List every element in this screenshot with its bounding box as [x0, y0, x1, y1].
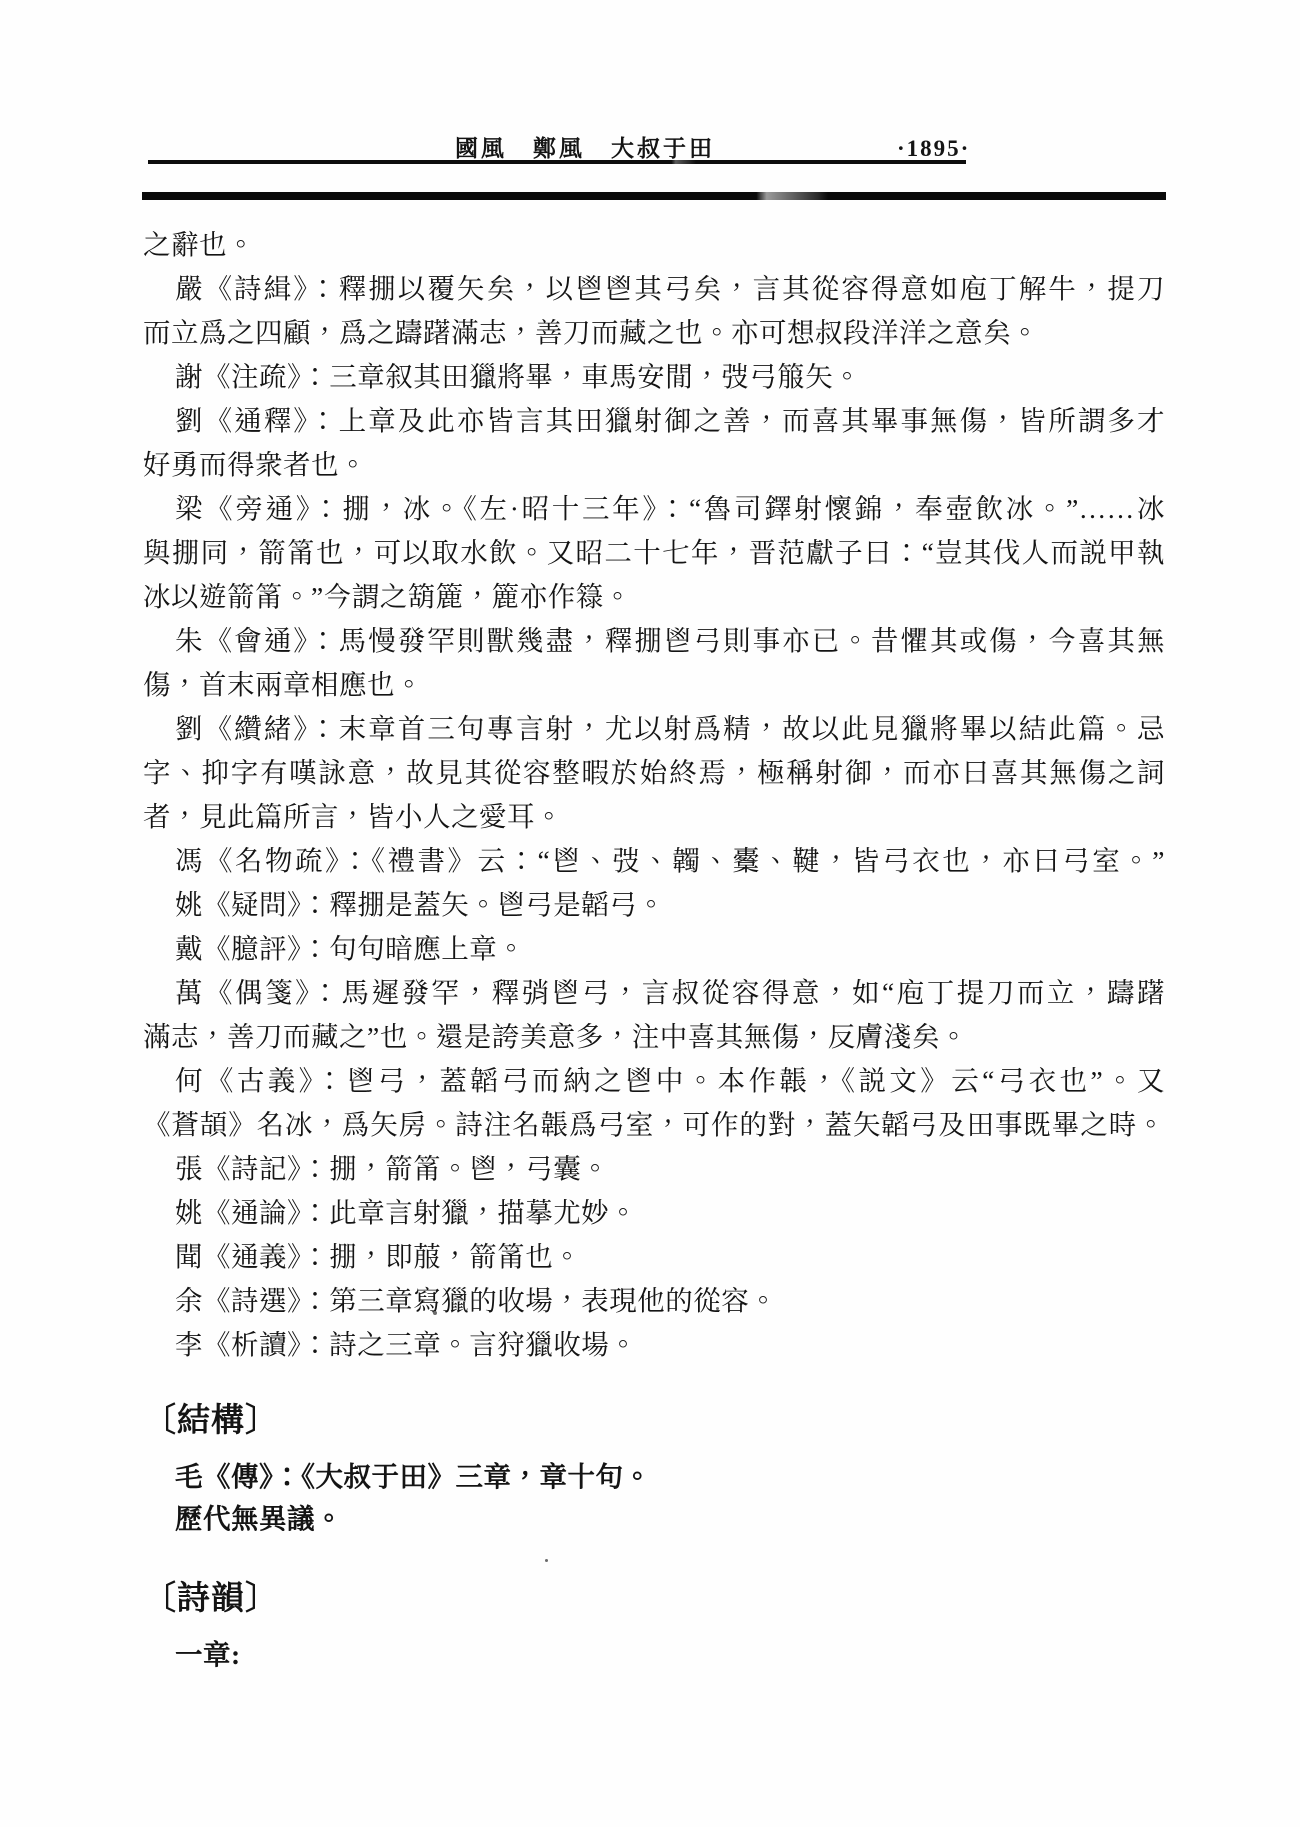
scan-artifact-dot: [545, 1559, 548, 1562]
text-line: 之辭也。: [143, 223, 1165, 267]
text-line: 滿志，善刀而藏之”也。還是誇美意多，注中喜其無傷，反膚淺矣。: [143, 1015, 1165, 1059]
commentary-text-block: 之辭也。嚴《詩緝》：釋掤以覆矢矣，以鬯鬯其弓矣，言其從容得意如庖丁解牛，提刀而立…: [143, 223, 1165, 1367]
text-line: 冰以遊箭筩。”今謂之箶簏，簏亦作簶。: [143, 575, 1165, 619]
text-line: 朱《會通》：馬慢發罕則獸幾盡，釋掤鬯弓則事亦已。昔懼其或傷，今喜其無: [143, 619, 1165, 663]
text-line: 劉《通釋》：上章及此亦皆言其田獵射御之善，而喜其畢事無傷，皆所謂多才: [143, 399, 1165, 443]
section-heading-structure: 〔結構〕: [143, 1398, 1165, 1444]
text-line: 張《詩記》：掤，箭筩。鬯，弓囊。: [143, 1147, 1165, 1191]
text-line: 聞《通義》：掤，即菔，箭筩也。: [143, 1235, 1165, 1279]
scan-artifact-dot: [433, 1311, 437, 1315]
section-rhyme-lines: 一章:: [143, 1634, 1165, 1676]
text-line: 好勇而得衆者也。: [143, 443, 1165, 487]
section-rhyme: 〔詩韻〕 一章:: [143, 1576, 1165, 1676]
text-line: 者，見此篇所言，皆小人之愛耳。: [143, 795, 1165, 839]
text-line: 而立爲之四顧，爲之躊躇滿志，善刀而藏之也。亦可想叔段洋洋之意矣。: [143, 311, 1165, 355]
text-line: 字、抑字有嘆詠意，故見其從容整暇於始終焉，極稱射御，而亦曰喜其無傷之詞: [143, 751, 1165, 795]
scanned-book-page: 國風 鄭風 大叔于田 ·1895· 之辭也。嚴《詩緝》：釋掤以覆矢矣，以鬯鬯其弓…: [0, 0, 1300, 1827]
text-line: 謝《注疏》：三章叙其田獵將畢，車馬安閒，弢弓箙矢。: [143, 355, 1165, 399]
text-line: 李《析讀》：詩之三章。言狩獵收場。: [143, 1323, 1165, 1367]
text-line: 戴《臆評》：句句暗應上章。: [143, 927, 1165, 971]
text-line: 劉《纘緒》：末章首三句專言射，尤以射爲精，故以此見獵將畢以結此篇。忌: [143, 707, 1165, 751]
text-line: 馮《名物疏》：《禮書》云：“鬯、弢、韣、櫜、鞬，皆弓衣也，亦曰弓室。”: [143, 839, 1165, 883]
text-line: 傷，首末兩章相應也。: [143, 663, 1165, 707]
text-line: 歷代無異議。: [143, 1498, 1165, 1540]
section-structure-lines: 毛《傳》：《大叔于田》三章，章十句。歷代無異議。: [143, 1456, 1165, 1540]
text-line: 嚴《詩緝》：釋掤以覆矢矣，以鬯鬯其弓矣，言其從容得意如庖丁解牛，提刀: [143, 267, 1165, 311]
text-line: 何《古義》：鬯弓，蓋韜弓而納之鬯中。本作韔，《説文》云“弓衣也”。又: [143, 1059, 1165, 1103]
text-line: 余《詩選》：第三章寫獵的收場，表現他的從容。: [143, 1279, 1165, 1323]
header-rule-thick: [142, 192, 1166, 200]
text-line: 與掤同，箭筩也，可以取水飲。又昭二十七年，晋范獻子曰：“豈其伐人而説甲執: [143, 531, 1165, 575]
text-line: 梁《旁通》：掤，冰。《左·昭十三年》：“魯司鐸射懷錦，奉壺飲冰。”……冰: [143, 487, 1165, 531]
text-line: 毛《傳》：《大叔于田》三章，章十句。: [143, 1456, 1165, 1498]
text-line: 姚《通論》：此章言射獵，描摹尤妙。: [143, 1191, 1165, 1235]
text-line: 《蒼頡》名冰，爲矢房。詩注名韔爲弓室，可作的對，蓋矢韜弓及田事既畢之時。: [143, 1103, 1165, 1147]
text-line: 一章:: [143, 1634, 1165, 1676]
header-rule-thin: [148, 160, 966, 164]
text-line: 姚《疑問》：釋掤是蓋矢。鬯弓是韜弓。: [143, 883, 1165, 927]
scan-artifact-dot: [716, 1307, 719, 1310]
text-line: 萬《偶箋》：馬遲發罕，釋弰鬯弓，言叔從容得意，如“庖丁提刀而立，躊躇: [143, 971, 1165, 1015]
section-structure: 〔結構〕 毛《傳》：《大叔于田》三章，章十句。歷代無異議。: [143, 1398, 1165, 1540]
section-heading-rhyme: 〔詩韻〕: [143, 1576, 1165, 1622]
